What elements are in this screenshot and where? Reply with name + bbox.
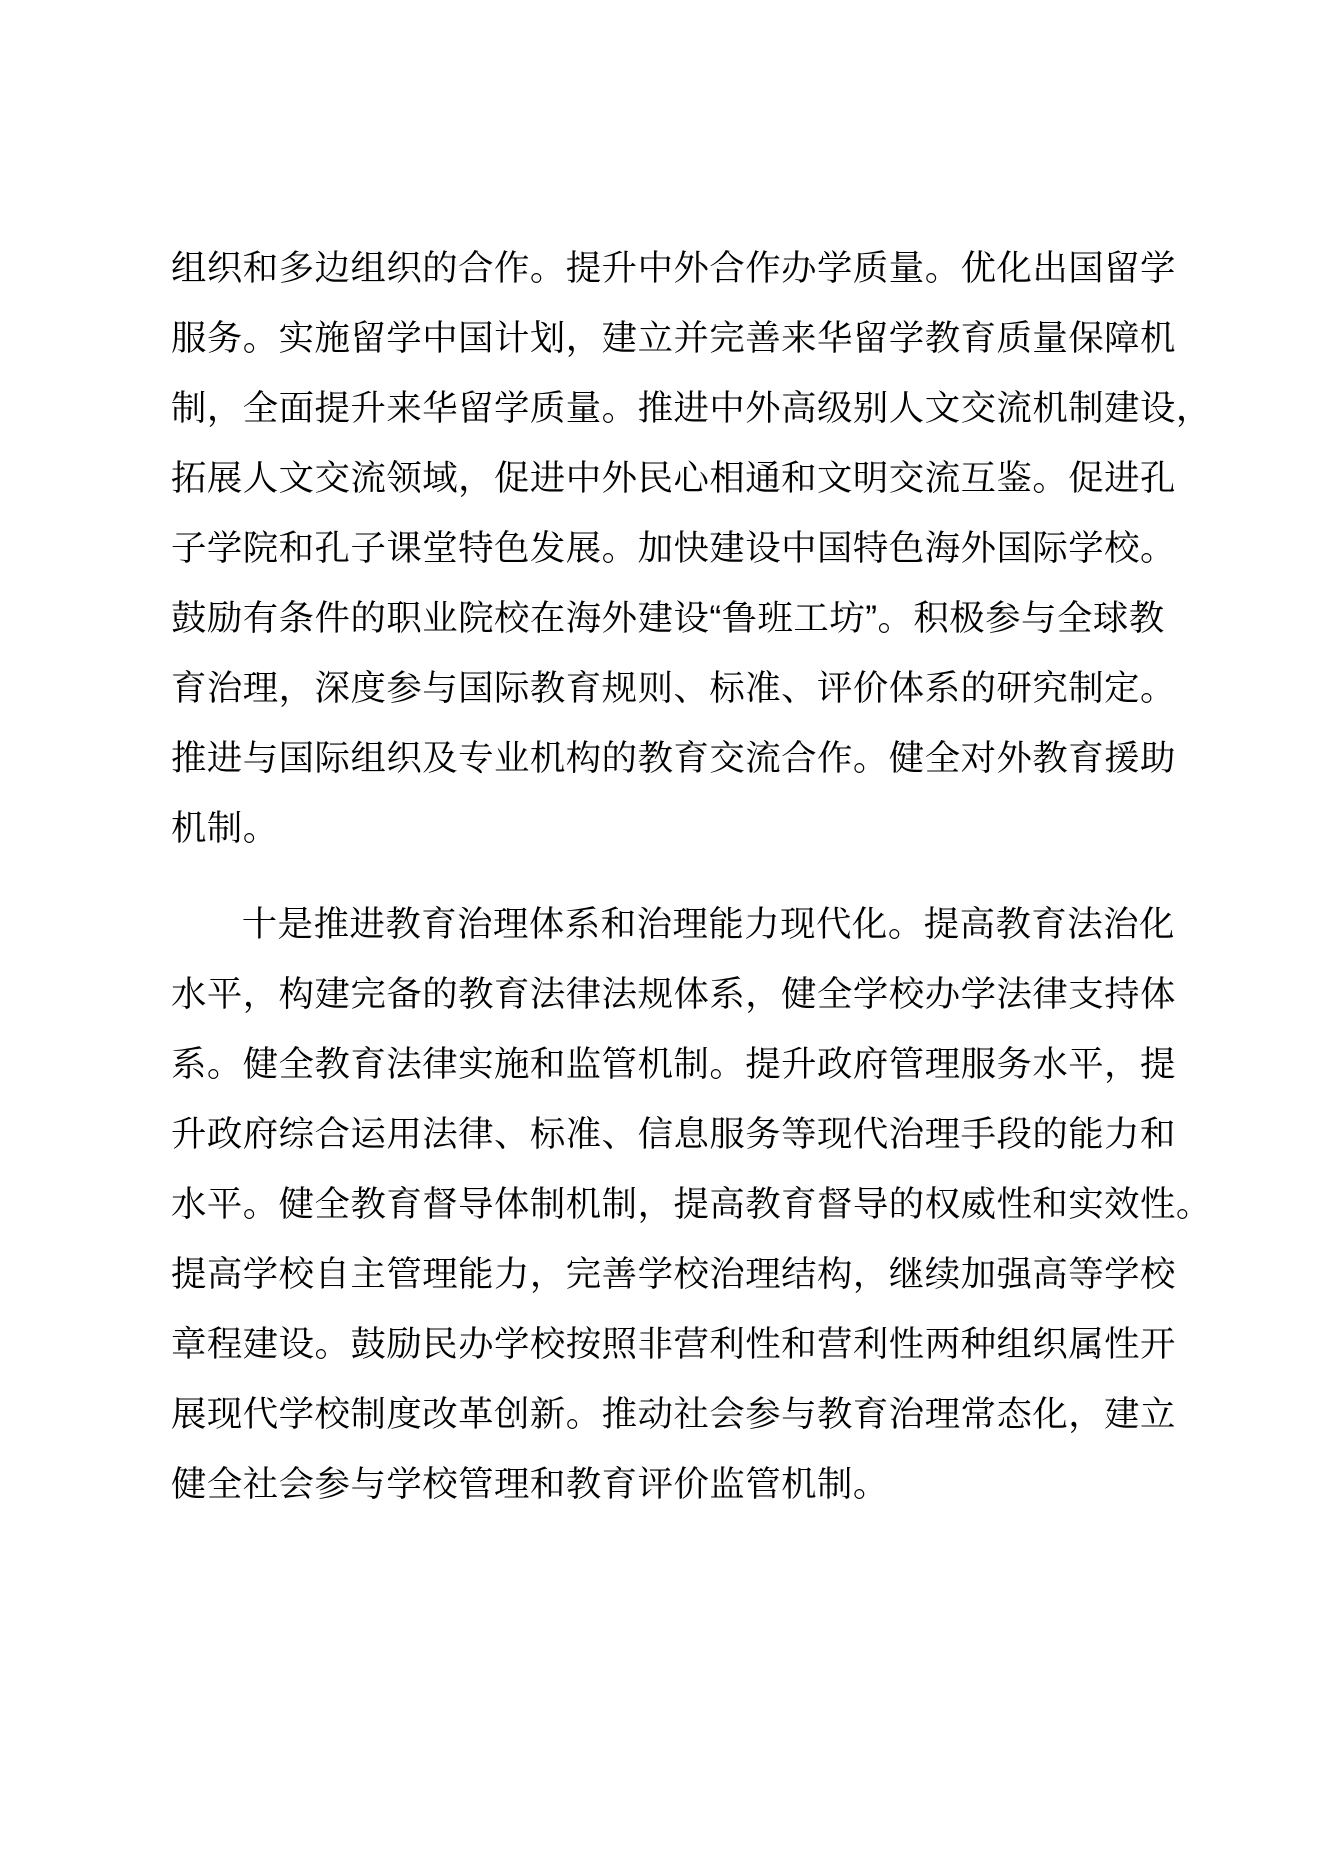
text-line: 制，全面提升来华留学质量。推进中外高级别人文交流机制建设， [171, 373, 1183, 443]
text-line: 拓展人文交流领域，促进中外民心相通和文明交流互鉴。促进孔 [171, 443, 1183, 513]
text-line: 组织和多边组织的合作。提升中外合作办学质量。优化出国留学 [171, 233, 1183, 303]
text-line: 升政府综合运用法律、标准、信息服务等现代治理手段的能力和 [171, 1099, 1183, 1169]
text-line: 推进与国际组织及专业机构的教育交流合作。健全对外教育援助 [171, 723, 1183, 793]
text-line: 育治理，深度参与国际教育规则、标准、评价体系的研究制定。 [171, 653, 1183, 723]
text-line: 子学院和孔子课堂特色发展。加快建设中国特色海外国际学校。 [171, 513, 1183, 583]
text-line: 水平。健全教育督导体制机制，提高教育督导的权威性和实效性。 [171, 1169, 1183, 1239]
text-line: 章程建设。鼓励民办学校按照非营利性和营利性两种组织属性开 [171, 1309, 1183, 1379]
text-line: 系。健全教育法律实施和监管机制。提升政府管理服务水平，提 [171, 1029, 1183, 1099]
text-line: 服务。实施留学中国计划，建立并完善来华留学教育质量保障机 [171, 303, 1183, 373]
text-line: 展现代学校制度改革创新。推动社会参与教育治理常态化，建立 [171, 1379, 1183, 1449]
paragraph-international-cooperation: 组织和多边组织的合作。提升中外合作办学质量。优化出国留学 服务。实施留学中国计划… [171, 233, 1183, 863]
text-line: 十是推进教育治理体系和治理能力现代化。提高教育法治化 [171, 889, 1183, 959]
text-line: 机制。 [171, 793, 1183, 863]
text-line: 提高学校自主管理能力，完善学校治理结构，继续加强高等学校 [171, 1239, 1183, 1309]
text-line: 水平，构建完备的教育法律法规体系，健全学校办学法律支持体 [171, 959, 1183, 1029]
text-line: 健全社会参与学校管理和教育评价监管机制。 [171, 1449, 1183, 1519]
paragraph-governance-modernization: 十是推进教育治理体系和治理能力现代化。提高教育法治化 水平，构建完备的教育法律法… [171, 889, 1183, 1519]
document-page: 组织和多边组织的合作。提升中外合作办学质量。优化出国留学 服务。实施留学中国计划… [0, 0, 1323, 1871]
text-line: 鼓励有条件的职业院校在海外建设“鲁班工坊”。积极参与全球教 [171, 583, 1183, 653]
